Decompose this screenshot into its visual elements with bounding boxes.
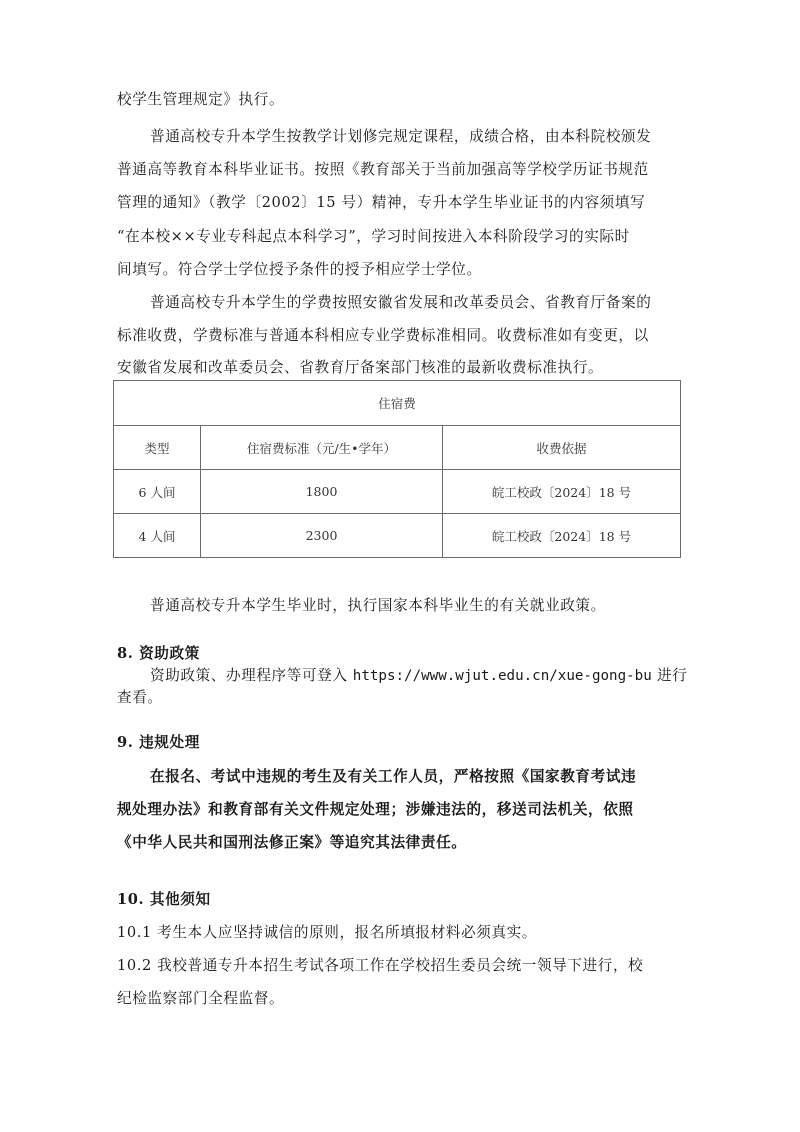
graduation-paragraph-line: 普通高等教育本科毕业证书。按照《教育部关于当前加强高等学校学历证书规范 <box>117 160 683 180</box>
section-8-text: 资助政策、办理程序等可登入 <box>150 667 348 684</box>
section-10-item-cont: 纪检监察部门全程监督。 <box>117 989 683 1009</box>
header-basis: 收费依据 <box>443 426 681 470</box>
table-header-row: 类型 住宿费标准（元/生•学年） 收费依据 <box>114 426 681 470</box>
section-9-line: 在报名、考试中违规的考生及有关工作人员，严格按照《国家教育考试违 <box>150 767 716 787</box>
section-8-body: 资助政策、办理程序等可登入 https://www.wjut.edu.cn/xu… <box>150 666 716 686</box>
section-8-heading: 8. 资助政策 <box>117 644 683 664</box>
employment-paragraph: 普通高校专升本学生毕业时，执行国家本科毕业生的有关就业政策。 <box>150 596 716 616</box>
graduation-paragraph-line: “在本校××专业专科起点本科学习”，学习时间按进入本科阶段学习的实际时 <box>117 227 683 247</box>
accommodation-fee-table: 住宿费 类型 住宿费标准（元/生•学年） 收费依据 6 人间 1800 皖工校政… <box>113 380 681 558</box>
paragraph-continuation: 校学生管理规定》执行。 <box>117 90 683 110</box>
section-8-text-after: 进行 <box>657 667 687 684</box>
section-9-line: 规处理办法》和教育部有关文件规定处理；涉嫌违法的，移送司法机关，依照 <box>117 800 683 820</box>
header-type: 类型 <box>114 426 201 470</box>
section-9-heading: 9. 违规处理 <box>117 733 683 753</box>
section-10-item: 10.2 我校普通专升本招生考试各项工作在学校招生委员会统一领导下进行，校 <box>117 956 683 976</box>
graduation-paragraph-line: 间填写。符合学士学位授予条件的授予相应学士学位。 <box>117 260 683 280</box>
header-fee-standard: 住宿费标准（元/生•学年） <box>201 426 443 470</box>
cell-room-type: 4 人间 <box>114 514 201 558</box>
table-caption: 住宿费 <box>114 381 681 426</box>
student-affairs-link[interactable]: https://www.wjut.edu.cn/xue-gong-bu <box>353 668 652 684</box>
section-10-heading: 10. 其他须知 <box>117 890 683 910</box>
table-row: 6 人间 1800 皖工校政〔2024〕18 号 <box>114 470 681 514</box>
section-10-item: 10.1 考生本人应坚持诚信的原则，报名所填报材料必须真实。 <box>117 923 683 943</box>
tuition-paragraph-line: 安徽省发展和改革委员会、省教育厅备案部门核准的最新收费标准执行。 <box>117 358 683 378</box>
section-8-body-line2: 查看。 <box>117 688 683 708</box>
tuition-paragraph-line: 普通高校专升本学生的学费按照安徽省发展和改革委员会、省教育厅备案的 <box>150 293 716 313</box>
cell-fee: 1800 <box>201 470 443 514</box>
table-row: 4 人间 2300 皖工校政〔2024〕18 号 <box>114 514 681 558</box>
cell-fee: 2300 <box>201 514 443 558</box>
graduation-paragraph-line: 普通高校专升本学生按教学计划修完规定课程，成绩合格，由本科院校颁发 <box>150 127 683 147</box>
graduation-paragraph-line: 管理的通知》（教学〔2002〕15 号）精神，专升本学生毕业证书的内容须填写 <box>117 193 683 213</box>
cell-room-type: 6 人间 <box>114 470 201 514</box>
document-page: 校学生管理规定》执行。 普通高校专升本学生按教学计划修完规定课程，成绩合格，由本… <box>0 0 800 1132</box>
cell-basis: 皖工校政〔2024〕18 号 <box>443 514 681 558</box>
section-9-line: 《中华人民共和国刑法修正案》等追究其法律责任。 <box>117 833 683 853</box>
cell-basis: 皖工校政〔2024〕18 号 <box>443 470 681 514</box>
tuition-paragraph-line: 标准收费，学费标准与普通本科相应专业学费标准相同。收费标准如有变更，以 <box>117 326 683 346</box>
